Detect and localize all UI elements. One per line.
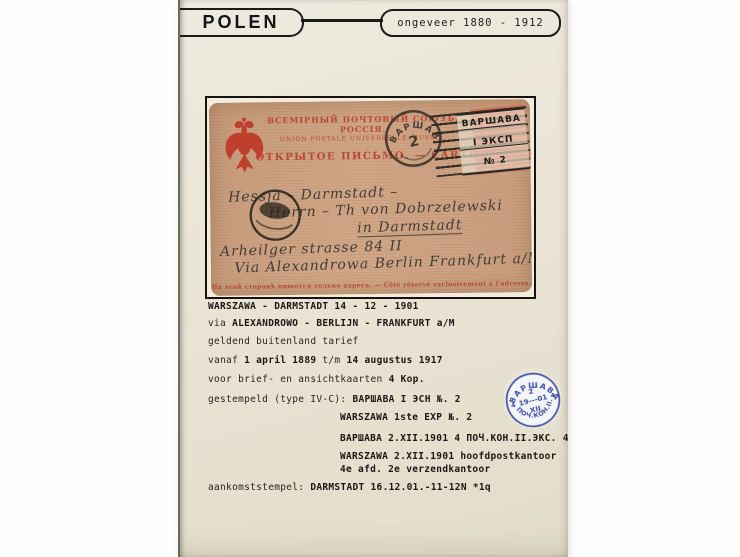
period-label: ongeveer 1880 - 1912 <box>397 17 543 29</box>
cancel-number: № 2 <box>461 153 530 170</box>
album-page-photo: POLEN ongeveer 1880 - 1912 ВСЕМІРНЫЙ ПОЧ… <box>0 0 740 557</box>
text-segment: voor brief- en ansichtkaarten <box>208 374 389 385</box>
description-line: vanaf 1 april 1889 t/m 14 augustus 1917 <box>208 355 443 366</box>
text-segment: ВАРШАВА 2.XII.1901 4 ПОЧ.КОН.II.ЭКС. 4 <box>340 433 569 444</box>
text-segment: geldend buitenland tarief <box>208 336 359 347</box>
text-segment: ALEXANDROWO - BERLIJN - FRANKFURT a/M <box>232 318 455 329</box>
postcard-footer-note: На этой сторонѣ пишется только адресъ. —… <box>211 280 532 291</box>
region-title: POLEN <box>202 12 279 33</box>
text-segment: aankomststempel: <box>208 482 310 493</box>
description-line: voor brief- en ansichtkaarten 4 Kop. <box>208 374 425 385</box>
description-line: WARSZAWA 1ste EXP №. 2 <box>340 412 472 423</box>
text-segment: WARSZAWA 1ste EXP №. 2 <box>340 412 472 423</box>
header-connector-line <box>301 19 383 22</box>
description-line: 4e afd. 2e verzendkantoor <box>340 464 491 475</box>
text-segment: t/m <box>316 355 346 366</box>
text-segment: 14 augustus 1917 <box>346 355 442 366</box>
text-segment: 4e afd. 2e verzendkantoor <box>340 464 491 475</box>
blue-warsaw-postmark-icon: ВАРШАВА 2 4 19---01 4 XII ПОЧ.КОН.II.ЭК <box>498 365 568 435</box>
address-line: in Darmstadt <box>357 217 463 237</box>
cancel-expedition: I ЭКСП <box>459 133 528 151</box>
machine-cancel: ВАРШАВА I ЭКСП № 2 <box>430 104 532 179</box>
text-segment: vanaf <box>208 355 244 366</box>
postcard: ВСЕМІРНЫЙ ПОЧТОВЫЙ СОЮЗЪ. РОССІЯ. UNION … <box>209 99 532 296</box>
description-line: ВАРШАВА 2.XII.1901 4 ПОЧ.КОН.II.ЭКС. 4 <box>340 433 569 444</box>
text-segment: 1 april 1889 <box>244 355 316 366</box>
arrival-cds-postmark-icon <box>243 183 308 248</box>
description-line: via ALEXANDROWO - BERLIJN - FRANKFURT a/… <box>208 318 455 329</box>
text-segment: gestempeld (type IV-C): <box>208 394 352 405</box>
text-segment: WARSZAWA - DARMSTADT 14 - 12 - 1901 <box>208 301 419 312</box>
text-segment: ВАРШАВА I ЭСН №. 2 <box>352 394 460 405</box>
text-segment: DARMSTADT 16.12.01.-11-12N *1q <box>310 482 491 493</box>
description-line: WARSZAWA - DARMSTADT 14 - 12 - 1901 <box>208 301 419 312</box>
text-segment: 4 Kop. <box>389 374 425 385</box>
album-page: POLEN ongeveer 1880 - 1912 ВСЕМІРНЫЙ ПОЧ… <box>178 0 568 557</box>
text-segment: via <box>208 318 232 329</box>
cancel-town: ВАРШАВА <box>457 114 526 132</box>
period-pill: ongeveer 1880 - 1912 <box>380 9 561 37</box>
description-line: WARSZAWA 2.XII.1901 hoofdpostkantoor <box>340 451 557 462</box>
postcard-frame: ВСЕМІРНЫЙ ПОЧТОВЫЙ СОЮЗЪ. РОССІЯ. UNION … <box>205 96 536 299</box>
imperial-eagle-icon <box>223 114 266 177</box>
description-line: gestempeld (type IV-C): ВАРШАВА I ЭСН №.… <box>208 394 461 405</box>
cancel-text-panel: ВАРШАВА I ЭКСП № 2 <box>456 107 530 175</box>
region-title-pill: POLEN <box>180 8 304 37</box>
cds-number-text: 2 <box>407 133 420 151</box>
text-segment: WARSZAWA 2.XII.1901 hoofdpostkantoor <box>340 451 557 462</box>
description-line: aankomststempel: DARMSTADT 16.12.01.-11-… <box>208 482 491 493</box>
description-line: geldend buitenland tarief <box>208 336 359 347</box>
